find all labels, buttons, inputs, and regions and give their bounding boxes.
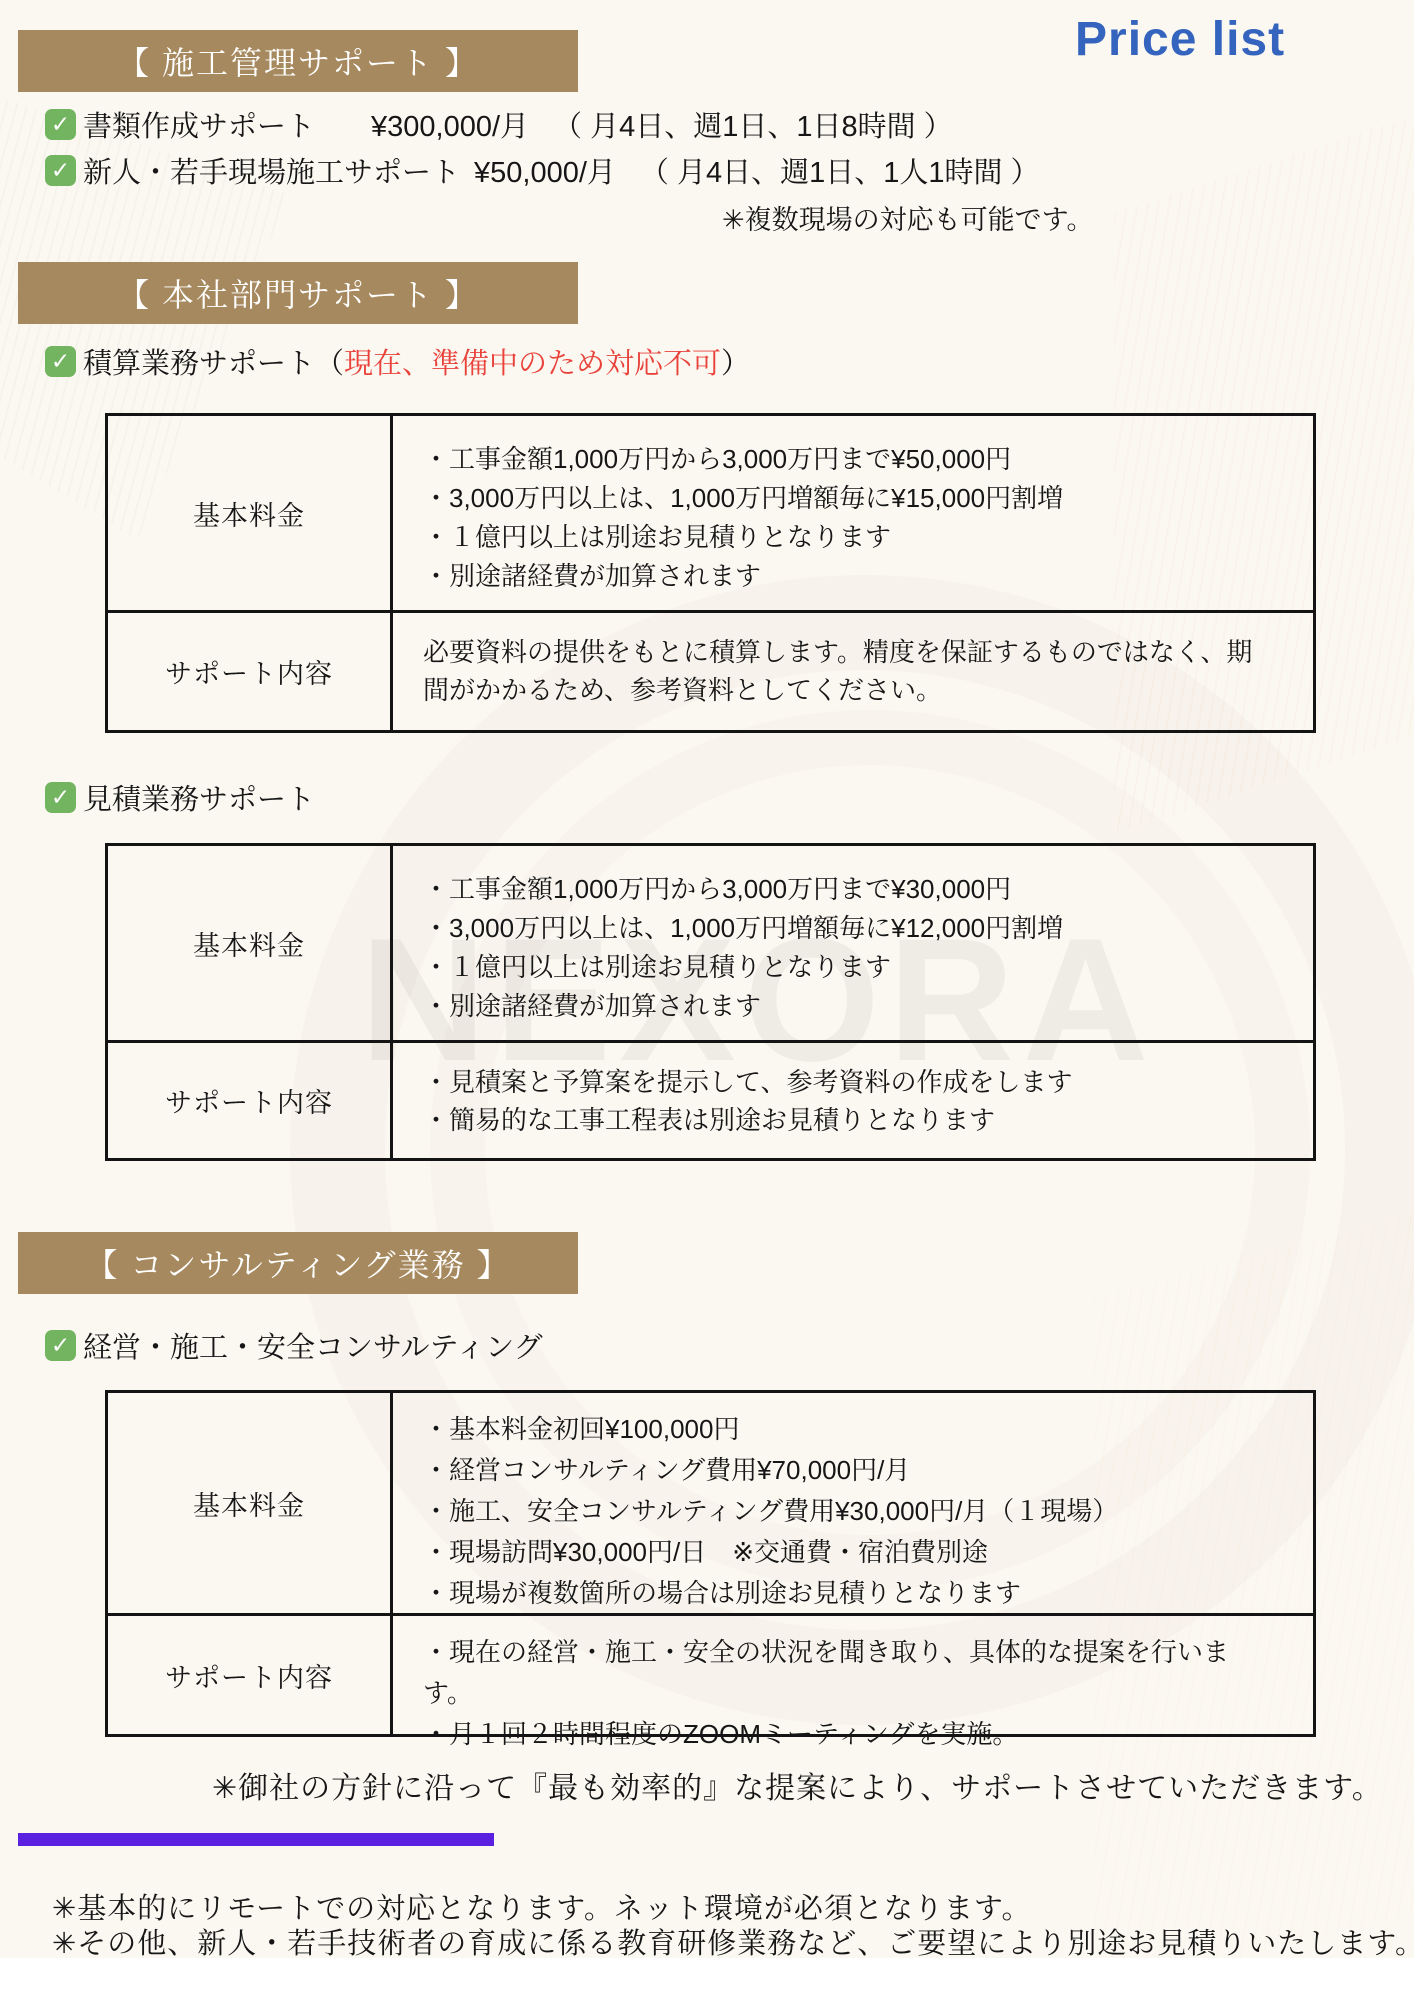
table-line: ・工事金額1,000万円から3,000万円まで¥30,000円 <box>423 870 1271 909</box>
item-terms: （ 月4日、週1日、1人1時間 ） <box>640 150 1040 191</box>
support-content-label: サポート内容 <box>108 1043 393 1158</box>
check-glyph: ✓ <box>51 111 70 138</box>
checkbox-icon: ✓ <box>45 782 76 813</box>
table-line: ・別途諸経費が加算されます <box>423 557 1271 596</box>
basic-fee-content: ・工事金額1,000万円から3,000万円まで¥30,000円 ・3,000万円… <box>393 846 1313 1043</box>
item-label: 書類作成サポート <box>83 104 315 145</box>
check-glyph: ✓ <box>51 157 70 184</box>
basic-fee-label: 基本料金 <box>108 846 393 1043</box>
item-label: 新人・若手現場施工サポート <box>83 150 460 191</box>
table-paragraph: 必要資料の提供をもとに積算します。精度を保証するものではなく、期間がかかるため、… <box>423 633 1271 709</box>
table-line: ・簡易的な工事工程表は別途お見積りとなります <box>423 1101 1271 1139</box>
basic-fee-label: 基本料金 <box>108 1393 393 1616</box>
checkbox-icon: ✓ <box>45 109 76 140</box>
table-line: ・見積案と予算案を提示して、参考資料の作成をします <box>423 1063 1271 1101</box>
table-line: ・１億円以上は別途お見積りとなります <box>423 518 1271 557</box>
table-line: ・月１回２時間程度のZOOMミーティングを実施。 <box>423 1714 1271 1755</box>
table-line: ・基本料金初回¥100,000円 <box>423 1409 1271 1450</box>
consulting-price-table: 基本料金 ・基本料金初回¥100,000円 ・経営コンサルティング費用¥70,0… <box>105 1390 1316 1737</box>
section-header-headoffice-label: 【 本社部門サポート 】 <box>117 270 479 316</box>
paren-open: （ <box>315 341 344 382</box>
basic-fee-content: ・基本料金初回¥100,000円 ・経営コンサルティング費用¥70,000円/月… <box>393 1393 1313 1616</box>
checklist-item-consulting: ✓ 経営・施工・安全コンサルティング <box>45 1325 543 1366</box>
section-header-construction: 【 施工管理サポート 】 <box>18 30 578 92</box>
unavailable-alert: 現在、準備中のため対応不可 <box>344 341 721 382</box>
check-glyph: ✓ <box>51 1332 70 1359</box>
item-label: 経営・施工・安全コンサルティング <box>83 1325 543 1366</box>
estimation-price-table: 基本料金 ・工事金額1,000万円から3,000万円まで¥50,000円 ・3,… <box>105 413 1316 733</box>
basic-fee-content: ・工事金額1,000万円から3,000万円まで¥50,000円 ・3,000万円… <box>393 416 1313 613</box>
basic-fee-label: 基本料金 <box>108 416 393 613</box>
table-line: ・工事金額1,000万円から3,000万円まで¥50,000円 <box>423 440 1271 479</box>
check-glyph: ✓ <box>51 348 70 375</box>
table-line: ・現場訪問¥30,000円/日 ※交通費・宿泊費別途 <box>423 1532 1271 1573</box>
table-line: ・3,000万円以上は、1,000万円増額毎に¥15,000円割増 <box>423 479 1271 518</box>
item-label: 積算業務サポート <box>83 341 315 382</box>
section-header-headoffice: 【 本社部門サポート 】 <box>18 262 578 324</box>
table-line: ・3,000万円以上は、1,000万円増額毎に¥12,000円割増 <box>423 909 1271 948</box>
checklist-item-document-support: ✓ 書類作成サポート ¥300,000/月 （ 月4日、週1日、1日8時間 ） <box>45 104 953 145</box>
check-glyph: ✓ <box>51 784 70 811</box>
table-line: ・施工、安全コンサルティング費用¥30,000円/月（１現場） <box>423 1491 1271 1532</box>
checkbox-icon: ✓ <box>45 1330 76 1361</box>
footnote-other-services: ✳その他、新人・若手技術者の育成に係る教育研修業務など、ご要望により別途お見積り… <box>52 1921 1414 1962</box>
multi-site-note: ✳複数現場の対応も可能です。 <box>722 198 1093 237</box>
table-line: ・別途諸経費が加算されます <box>423 987 1271 1026</box>
checklist-item-quotation-support: ✓ 見積業務サポート <box>45 777 315 818</box>
support-content: ・見積案と予算案を提示して、参考資料の作成をします ・簡易的な工事工程表は別途お… <box>393 1043 1313 1158</box>
price-list-page: NEXORA Price list 【 施工管理サポート 】 ✓ 書類作成サポー… <box>0 0 1414 2000</box>
item-price: ¥50,000/月 <box>474 150 616 191</box>
section-header-construction-label: 【 施工管理サポート 】 <box>117 38 479 84</box>
policy-note: ✳御社の方針に沿って『最も効率的』な提案により、サポートさせていただきます。 <box>212 1763 1383 1807</box>
item-label: 見積業務サポート <box>83 777 315 818</box>
item-terms: （ 月4日、週1日、1日8時間 ） <box>553 104 953 145</box>
table-line: ・現在の経営・施工・安全の状況を聞き取り、具体的な提案を行います。 <box>423 1632 1271 1714</box>
page-title: Price list <box>1075 12 1285 67</box>
purple-divider-bar <box>18 1833 494 1846</box>
bottom-white-strip <box>0 1958 1414 2000</box>
item-price: ¥300,000/月 <box>371 104 529 145</box>
checklist-item-estimation-support: ✓ 積算業務サポート （ 現在、準備中のため対応不可 ） <box>45 341 750 382</box>
table-line: ・経営コンサルティング費用¥70,000円/月 <box>423 1450 1271 1491</box>
support-content-label: サポート内容 <box>108 1616 393 1734</box>
quotation-price-table: 基本料金 ・工事金額1,000万円から3,000万円まで¥30,000円 ・3,… <box>105 843 1316 1161</box>
paren-close: ） <box>721 341 750 382</box>
table-line: ・現場が複数箇所の場合は別途お見積りとなります <box>423 1573 1271 1614</box>
section-header-consulting: 【 コンサルティング業務 】 <box>18 1232 578 1294</box>
support-content-label: サポート内容 <box>108 613 393 730</box>
checklist-item-newcomer-support: ✓ 新人・若手現場施工サポート ¥50,000/月 （ 月4日、週1日、1人1時… <box>45 150 1040 191</box>
checkbox-icon: ✓ <box>45 346 76 377</box>
checkbox-icon: ✓ <box>45 155 76 186</box>
support-content: ・現在の経営・施工・安全の状況を聞き取り、具体的な提案を行います。 ・月１回２時… <box>393 1616 1313 1734</box>
section-header-consulting-label: 【 コンサルティング業務 】 <box>86 1240 511 1286</box>
table-line: ・１億円以上は別途お見積りとなります <box>423 948 1271 987</box>
support-content: 必要資料の提供をもとに積算します。精度を保証するものではなく、期間がかかるため、… <box>393 613 1313 730</box>
